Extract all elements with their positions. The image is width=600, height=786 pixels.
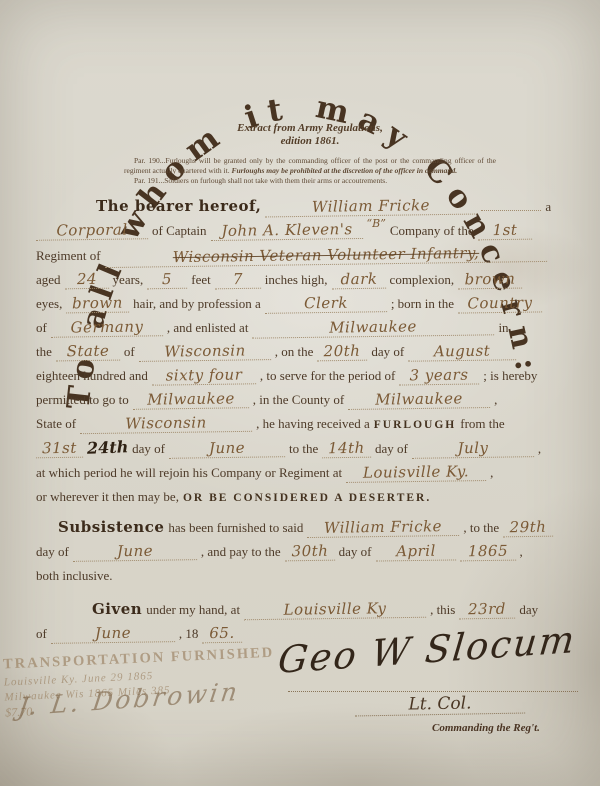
form-line: Subsistencehas been furnished to saidWil… [34,515,574,540]
printed-text: eyes, [36,296,62,311]
printed-text: The bearer hereof, [96,197,261,215]
form-line: State ofWisconsin, he having received aF… [34,412,574,437]
handwritten-entry: Milwaukee [348,389,490,410]
printed-text: , [490,465,493,480]
regulation-par-190: Par. 190...Furloughs will be granted onl… [124,156,496,175]
regulation-par-190-italic: Furloughs may be prohibited at the discr… [231,166,457,175]
printed-text: or wherever it then may be, [36,489,179,504]
printed-text: feet [191,272,210,287]
printed-text: day [519,602,538,617]
handwritten-entry: 24 [64,270,108,290]
printed-text: in [498,320,508,335]
handwritten-entry: Milwaukee [133,389,249,410]
handwritten-entry: June [73,541,197,562]
form-line: permitted to go toMilwaukee, in the Coun… [34,388,574,412]
handwritten-entry: “B” [367,212,386,236]
form-line: Givenunder my hand, atLouisville Ky, thi… [34,597,574,622]
printed-text: FURLOUGH [374,419,456,431]
printed-text: , [538,441,541,456]
printed-text: Company of the [390,223,474,238]
handwritten-entry: State [56,342,120,362]
form-line: The bearer hereof,William Frickea [34,194,574,219]
handwritten-entry: sixty four [152,365,256,385]
printed-text: , [494,392,497,407]
printed-text: , 18 [179,626,199,641]
printed-text: under my hand, at [146,602,240,617]
printed-text: , and pay to the [201,544,281,559]
handwritten-entry: Milwaukee [252,316,494,338]
handwritten-entry: 23rd [459,600,515,620]
handwritten-entry: Wisconsin [80,413,252,434]
handwritten-entry: 29th [503,518,553,538]
printed-text: complexion, [390,272,455,287]
handwritten-entry: 31st [36,439,83,459]
printed-text: inches high, [265,272,328,287]
printed-text: a [545,199,551,214]
printed-text: permitted to go to [36,392,129,407]
form-line: aged24years,5feet7inches high,darkcomple… [34,268,574,292]
commander-rank: Lt. Col. [355,693,525,717]
handwritten-entry: John A. Kleven's [210,220,362,241]
form-line: or wherever it then may be,OR BE CONSIDE… [34,485,574,510]
form-line: both inclusive. [34,564,574,588]
handwritten-entry: 24th [87,438,129,457]
handwritten-entry: 20th [317,342,367,362]
printed-text: , in the County of [253,392,344,407]
commanding-label: Commanding the Reg't. [432,722,540,734]
handwritten-entry: 14th [322,439,371,459]
form-line: Corporalof CaptainJohn A. Kleven's“B”Com… [34,219,574,244]
printed-text: aged [36,272,61,287]
printed-text: , on the [275,344,314,359]
printed-text: of [36,626,47,641]
handwritten-entry: dark [331,270,385,290]
printed-text: , [520,544,523,559]
form-line: Regiment ofWisconsin Veteran Volunteer I… [34,244,574,268]
handwritten-entry: 7 [215,270,261,290]
printed-text: day of [36,544,69,559]
handwritten-entry: 1st [477,221,531,241]
form-line: theStateofWisconsin, on the20thday ofAug… [34,340,574,364]
handwritten-entry: August [408,341,516,362]
handwritten-entry: 65. [202,624,242,644]
handwritten-entry: June [51,623,175,644]
printed-text: day of [132,441,165,456]
printed-text: , to the [463,520,499,535]
handwritten-entry: brown [66,294,129,314]
printed-text: of [36,320,47,335]
handwritten-entry: 1865 [459,542,515,562]
regulation-par-191: Par. 191...Soldiers on furlough shall no… [124,176,496,186]
handwritten-entry: July [412,438,534,459]
printed-text: OR BE CONSIDERED A DESERTER. [183,492,431,504]
regulations-extract: Extract from Army Regulations, edition 1… [110,122,510,187]
printed-text: the [36,344,52,359]
handwritten-entry: April [375,541,455,561]
printed-text: to the [289,441,318,456]
handwritten-entry: 5 [147,270,187,290]
printed-text: both inclusive. [36,568,113,583]
printed-text: Regiment of [36,248,101,263]
printed-text: ; born in the [391,296,454,311]
printed-text: has been furnished to said [168,520,303,535]
form-line: eighteen hundred andsixty four, to serve… [34,364,574,388]
handwritten-entry: Louisville Ky [244,599,426,621]
handwritten-entry: Clerk [265,293,387,314]
form-line: ofGermany, and enlisted atMilwaukeein [34,316,574,340]
printed-text: eighteen hundred and [36,368,148,383]
printed-text: from the [460,416,504,431]
printed-text: day of [339,544,372,559]
printed-text: day of [375,441,408,456]
printed-text: ; is hereby [483,368,537,383]
signature-rule [288,691,578,692]
handwritten-entry: 3 years [399,365,479,385]
printed-text: years, [113,272,144,287]
printed-text: , he having received a [256,416,370,431]
printed-text: Subsistence [58,518,164,536]
printed-text: day of [371,344,404,359]
handwritten-entry: Germany [51,317,163,338]
handwritten-entry: Louisville Ky. [346,462,486,483]
regulations-heading-line2: edition 1861. [281,135,340,147]
printed-text: of [124,344,135,359]
handwritten-entry: brown [458,270,522,290]
printed-text: , to serve for the period of [260,368,395,383]
form-line: 31st24thday ofJuneto the14thday ofJuly, [34,437,574,461]
printed-text: , this [430,602,455,617]
printed-text: , and enlisted at [167,320,249,335]
regulations-heading: Extract from Army Regulations, edition 1… [110,122,510,148]
handwritten-entry: 30th [285,542,335,562]
form-line: eyes,brownhair, and by profession aClerk… [34,292,574,316]
handwritten-entry: Country [458,293,542,313]
handwritten-entry: Corporal [36,220,148,241]
printed-text: Given [92,600,142,618]
handwritten-entry: Wisconsin [139,341,271,362]
regulations-heading-line1: Extract from Army Regulations, [237,122,383,134]
form-line: at which period he will rejoin his Compa… [34,461,574,485]
handwritten-entry: June [169,438,285,459]
printed-text: at which period he will rejoin his Compa… [36,465,342,480]
furlough-document: To all whom it may Concern: Extract from… [0,0,600,786]
form-body: The bearer hereof,William FrickeaCorpora… [34,194,574,646]
printed-text: hair, and by profession a [133,296,261,311]
printed-text: of Captain [152,223,207,238]
printed-text: State of [36,416,76,431]
handwritten-entry: William Fricke [307,517,459,538]
regulations-paragraphs: Par. 190...Furloughs will be granted onl… [110,156,510,186]
form-line: day ofJune, and pay to the30thday ofApri… [34,540,574,564]
dotted-rule [481,196,541,211]
handwritten-entry: Wisconsin Veteran Volunteer Infantry, [105,243,547,268]
